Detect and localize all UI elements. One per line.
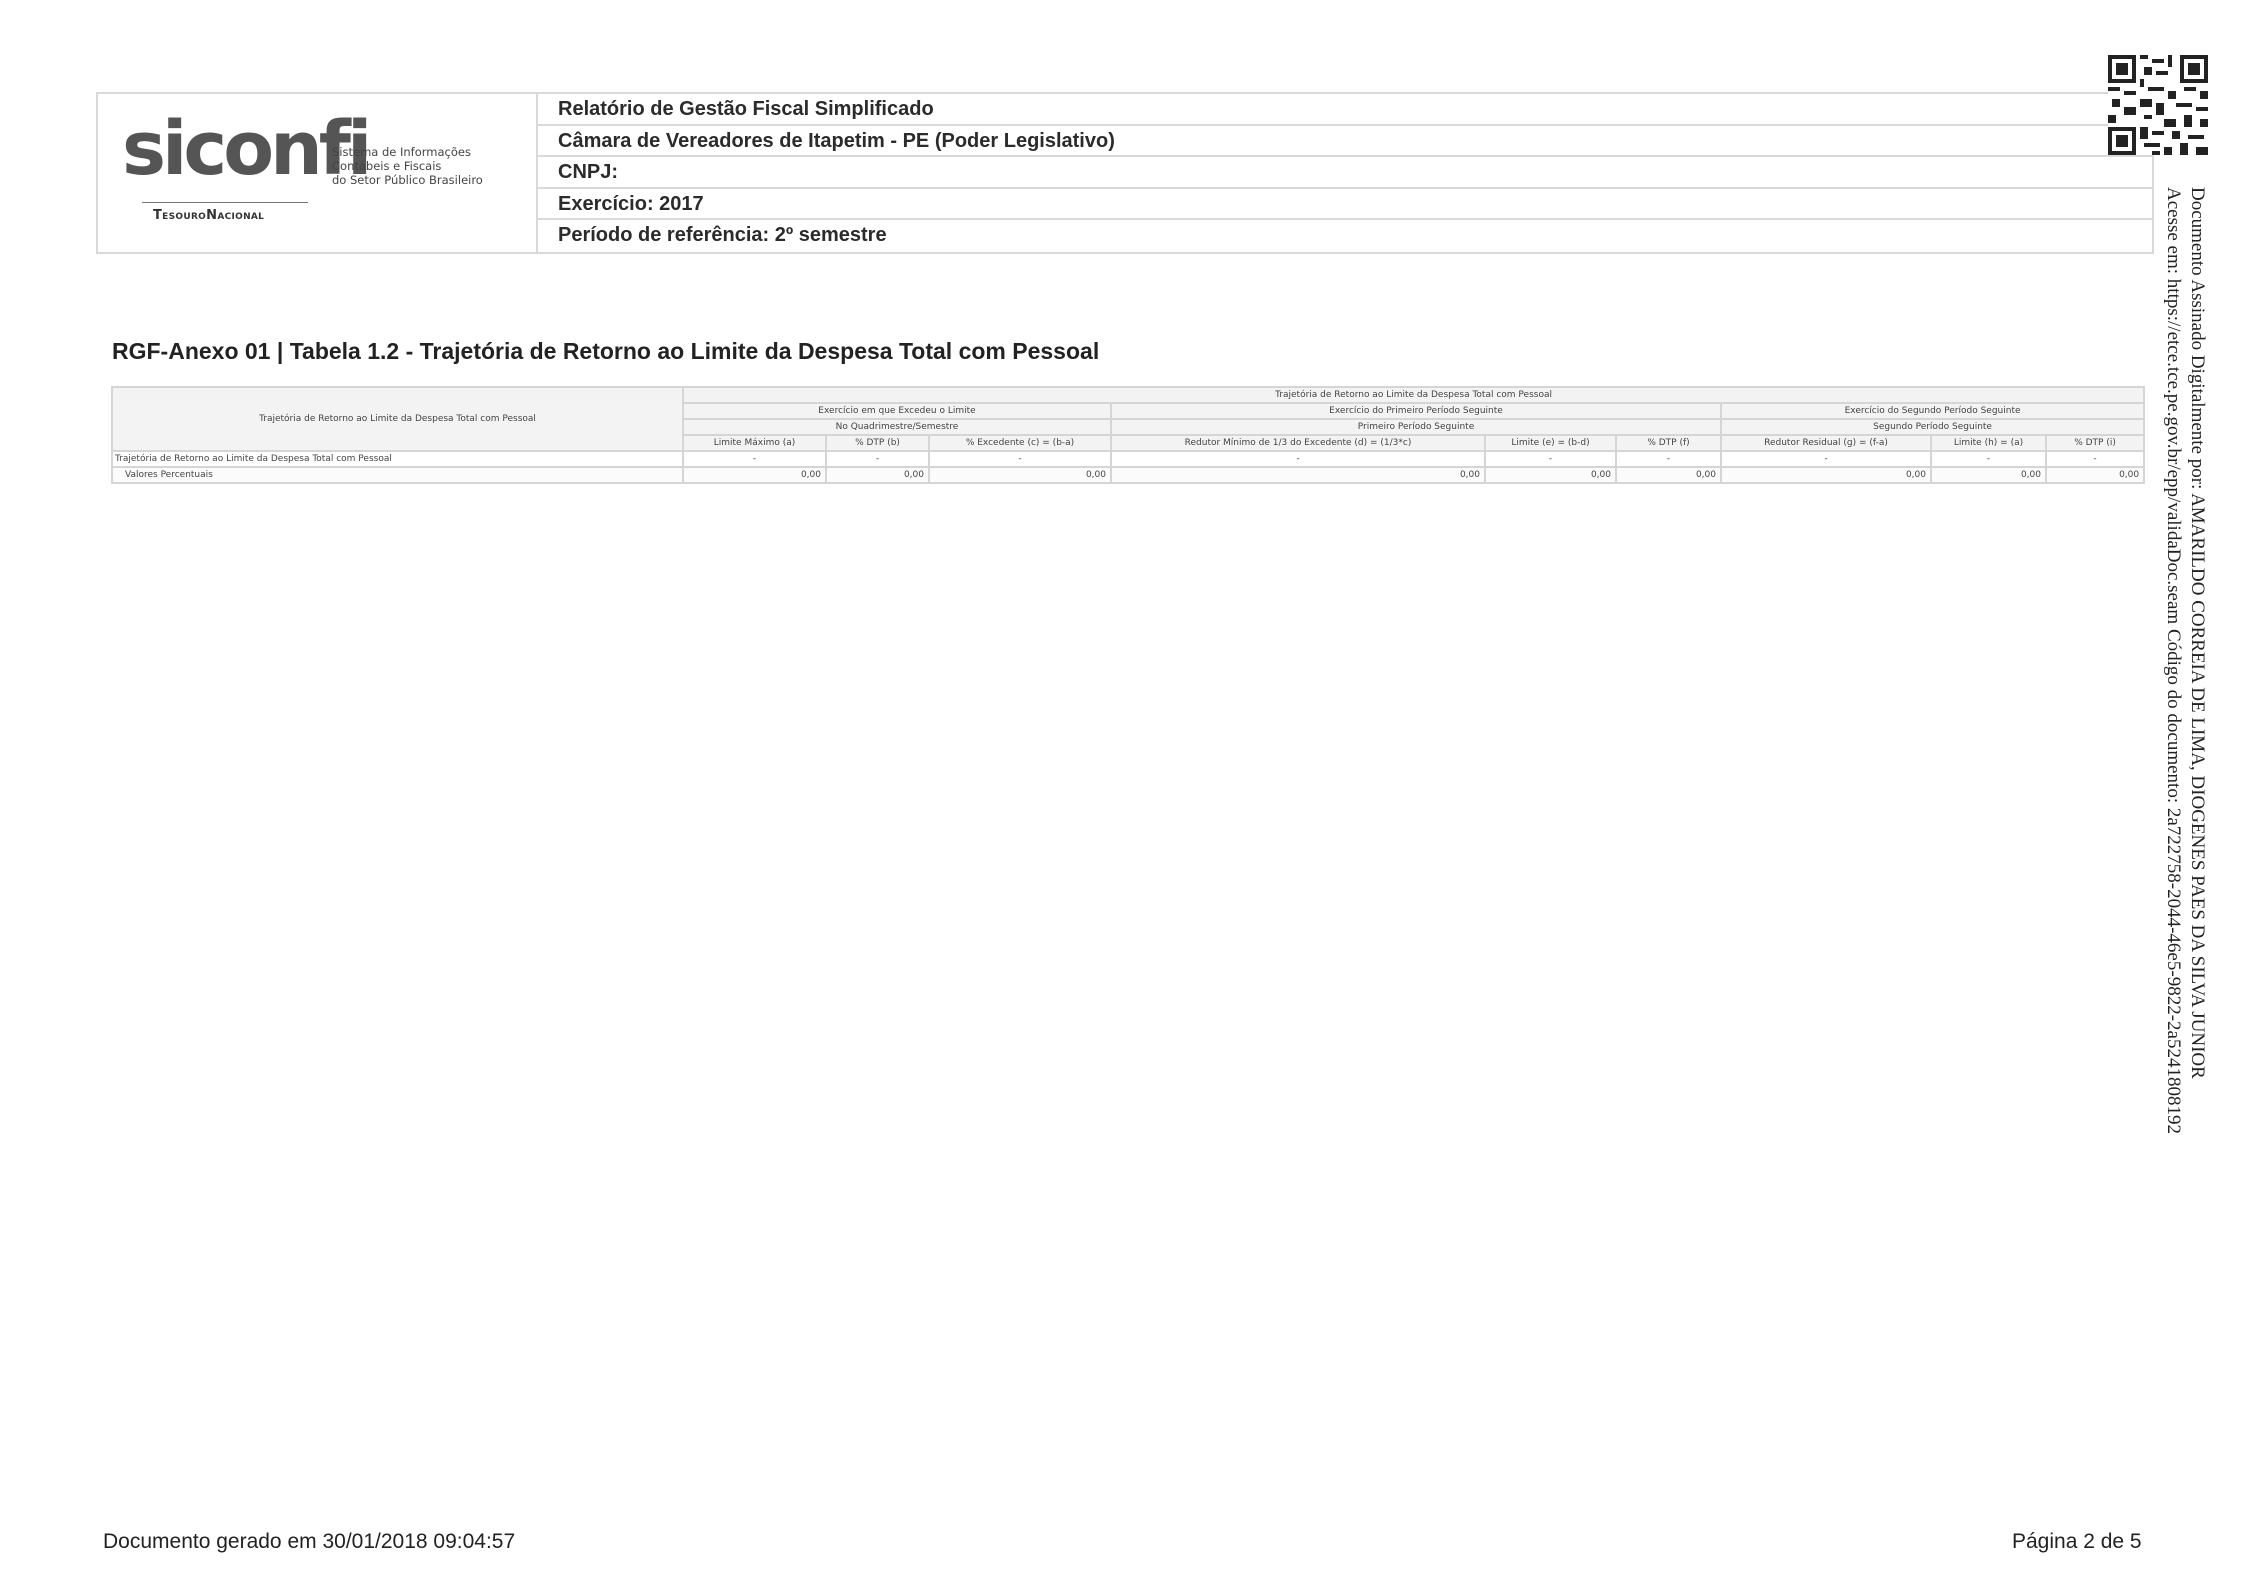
column-header: Redutor Mínimo de 1/3 do Excedente (d) =… <box>1111 435 1485 451</box>
cell: - <box>1931 451 2046 467</box>
table-row: Valores Percentuais 0,00 0,00 0,00 0,00 … <box>112 467 2144 483</box>
cell: - <box>1485 451 1616 467</box>
group-title: Exercício do Segundo Período Seguinte <box>1721 403 2144 419</box>
cnpj: CNPJ: <box>538 157 2152 189</box>
column-header: % DTP (i) <box>2046 435 2144 451</box>
group-subtitle: Primeiro Período Seguinte <box>1111 419 1721 435</box>
qr-code-icon[interactable] <box>2108 55 2208 155</box>
group-title: Exercício do Primeiro Período Seguinte <box>1111 403 1721 419</box>
cell: 0,00 <box>1485 467 1616 483</box>
cell: - <box>826 451 929 467</box>
row-header-label: Trajetória de Retorno ao Limite da Despe… <box>112 387 683 451</box>
cell: 0,00 <box>683 467 826 483</box>
cell: - <box>683 451 826 467</box>
signature-signers: Documento Assinado Digitalmente por: AMA… <box>2186 187 2208 1079</box>
cell: 0,00 <box>1931 467 2046 483</box>
reference-period: Período de referência: 2º semestre <box>538 220 2152 252</box>
report-info: Relatório de Gestão Fiscal Simplificado … <box>538 94 2152 252</box>
column-header: Limite (e) = (b-d) <box>1485 435 1616 451</box>
cell: - <box>929 451 1111 467</box>
page-number: Página 2 de 5 <box>2012 1530 2142 1554</box>
cell: - <box>1721 451 1931 467</box>
group-subtitle: No Quadrimestre/Semestre <box>683 419 1111 435</box>
group-title: Exercício em que Excedeu o Limite <box>683 403 1111 419</box>
signature-validation: Acesse em: https://etce.tce.pe.gov.br/ep… <box>2162 187 2184 1134</box>
logo-org: TesouroNacional <box>153 208 264 223</box>
cell: - <box>1111 451 1485 467</box>
column-header: Limite Máximo (a) <box>683 435 826 451</box>
digital-signature: Documento Assinado Digitalmente por: AMA… <box>2156 187 2216 1267</box>
column-header: Limite (h) = (a) <box>1931 435 2046 451</box>
table-title: RGF-Anexo 01 | Tabela 1.2 - Trajetória d… <box>112 338 1099 365</box>
trajectory-table: Trajetória de Retorno ao Limite da Despe… <box>111 386 2145 484</box>
group-subtitle: Segundo Período Seguinte <box>1721 419 2144 435</box>
logo-divider <box>142 202 308 203</box>
report-title: Relatório de Gestão Fiscal Simplificado <box>538 94 2152 126</box>
row-label: Valores Percentuais <box>112 467 683 483</box>
row-label: Trajetória de Retorno ao Limite da Despe… <box>112 451 683 467</box>
cell: 0,00 <box>2046 467 2144 483</box>
report-header: siconfi TesouroNacional Sistema de Infor… <box>96 92 2154 254</box>
cell: 0,00 <box>826 467 929 483</box>
siconfi-logo: siconfi TesouroNacional Sistema de Infor… <box>98 94 538 252</box>
column-header: % DTP (f) <box>1616 435 1721 451</box>
cell: 0,00 <box>929 467 1111 483</box>
column-header: % Excedente (c) = (b-a) <box>929 435 1111 451</box>
generated-timestamp: Documento gerado em 30/01/2018 09:04:57 <box>103 1530 515 1554</box>
cell: 0,00 <box>1111 467 1485 483</box>
cell: 0,00 <box>1616 467 1721 483</box>
fiscal-year: Exercício: 2017 <box>538 189 2152 221</box>
cell: - <box>2046 451 2144 467</box>
column-header: % DTP (b) <box>826 435 929 451</box>
table-row: Trajetória de Retorno ao Limite da Despe… <box>112 451 2144 467</box>
super-header: Trajetória de Retorno ao Limite da Despe… <box>683 387 2144 403</box>
logo-subtitle: Sistema de Informações Contábeis e Fisca… <box>332 145 483 187</box>
column-header: Redutor Residual (g) = (f-a) <box>1721 435 1931 451</box>
cell: - <box>1616 451 1721 467</box>
entity-name: Câmara de Vereadores de Itapetim - PE (P… <box>538 126 2152 158</box>
cell: 0,00 <box>1721 467 1931 483</box>
